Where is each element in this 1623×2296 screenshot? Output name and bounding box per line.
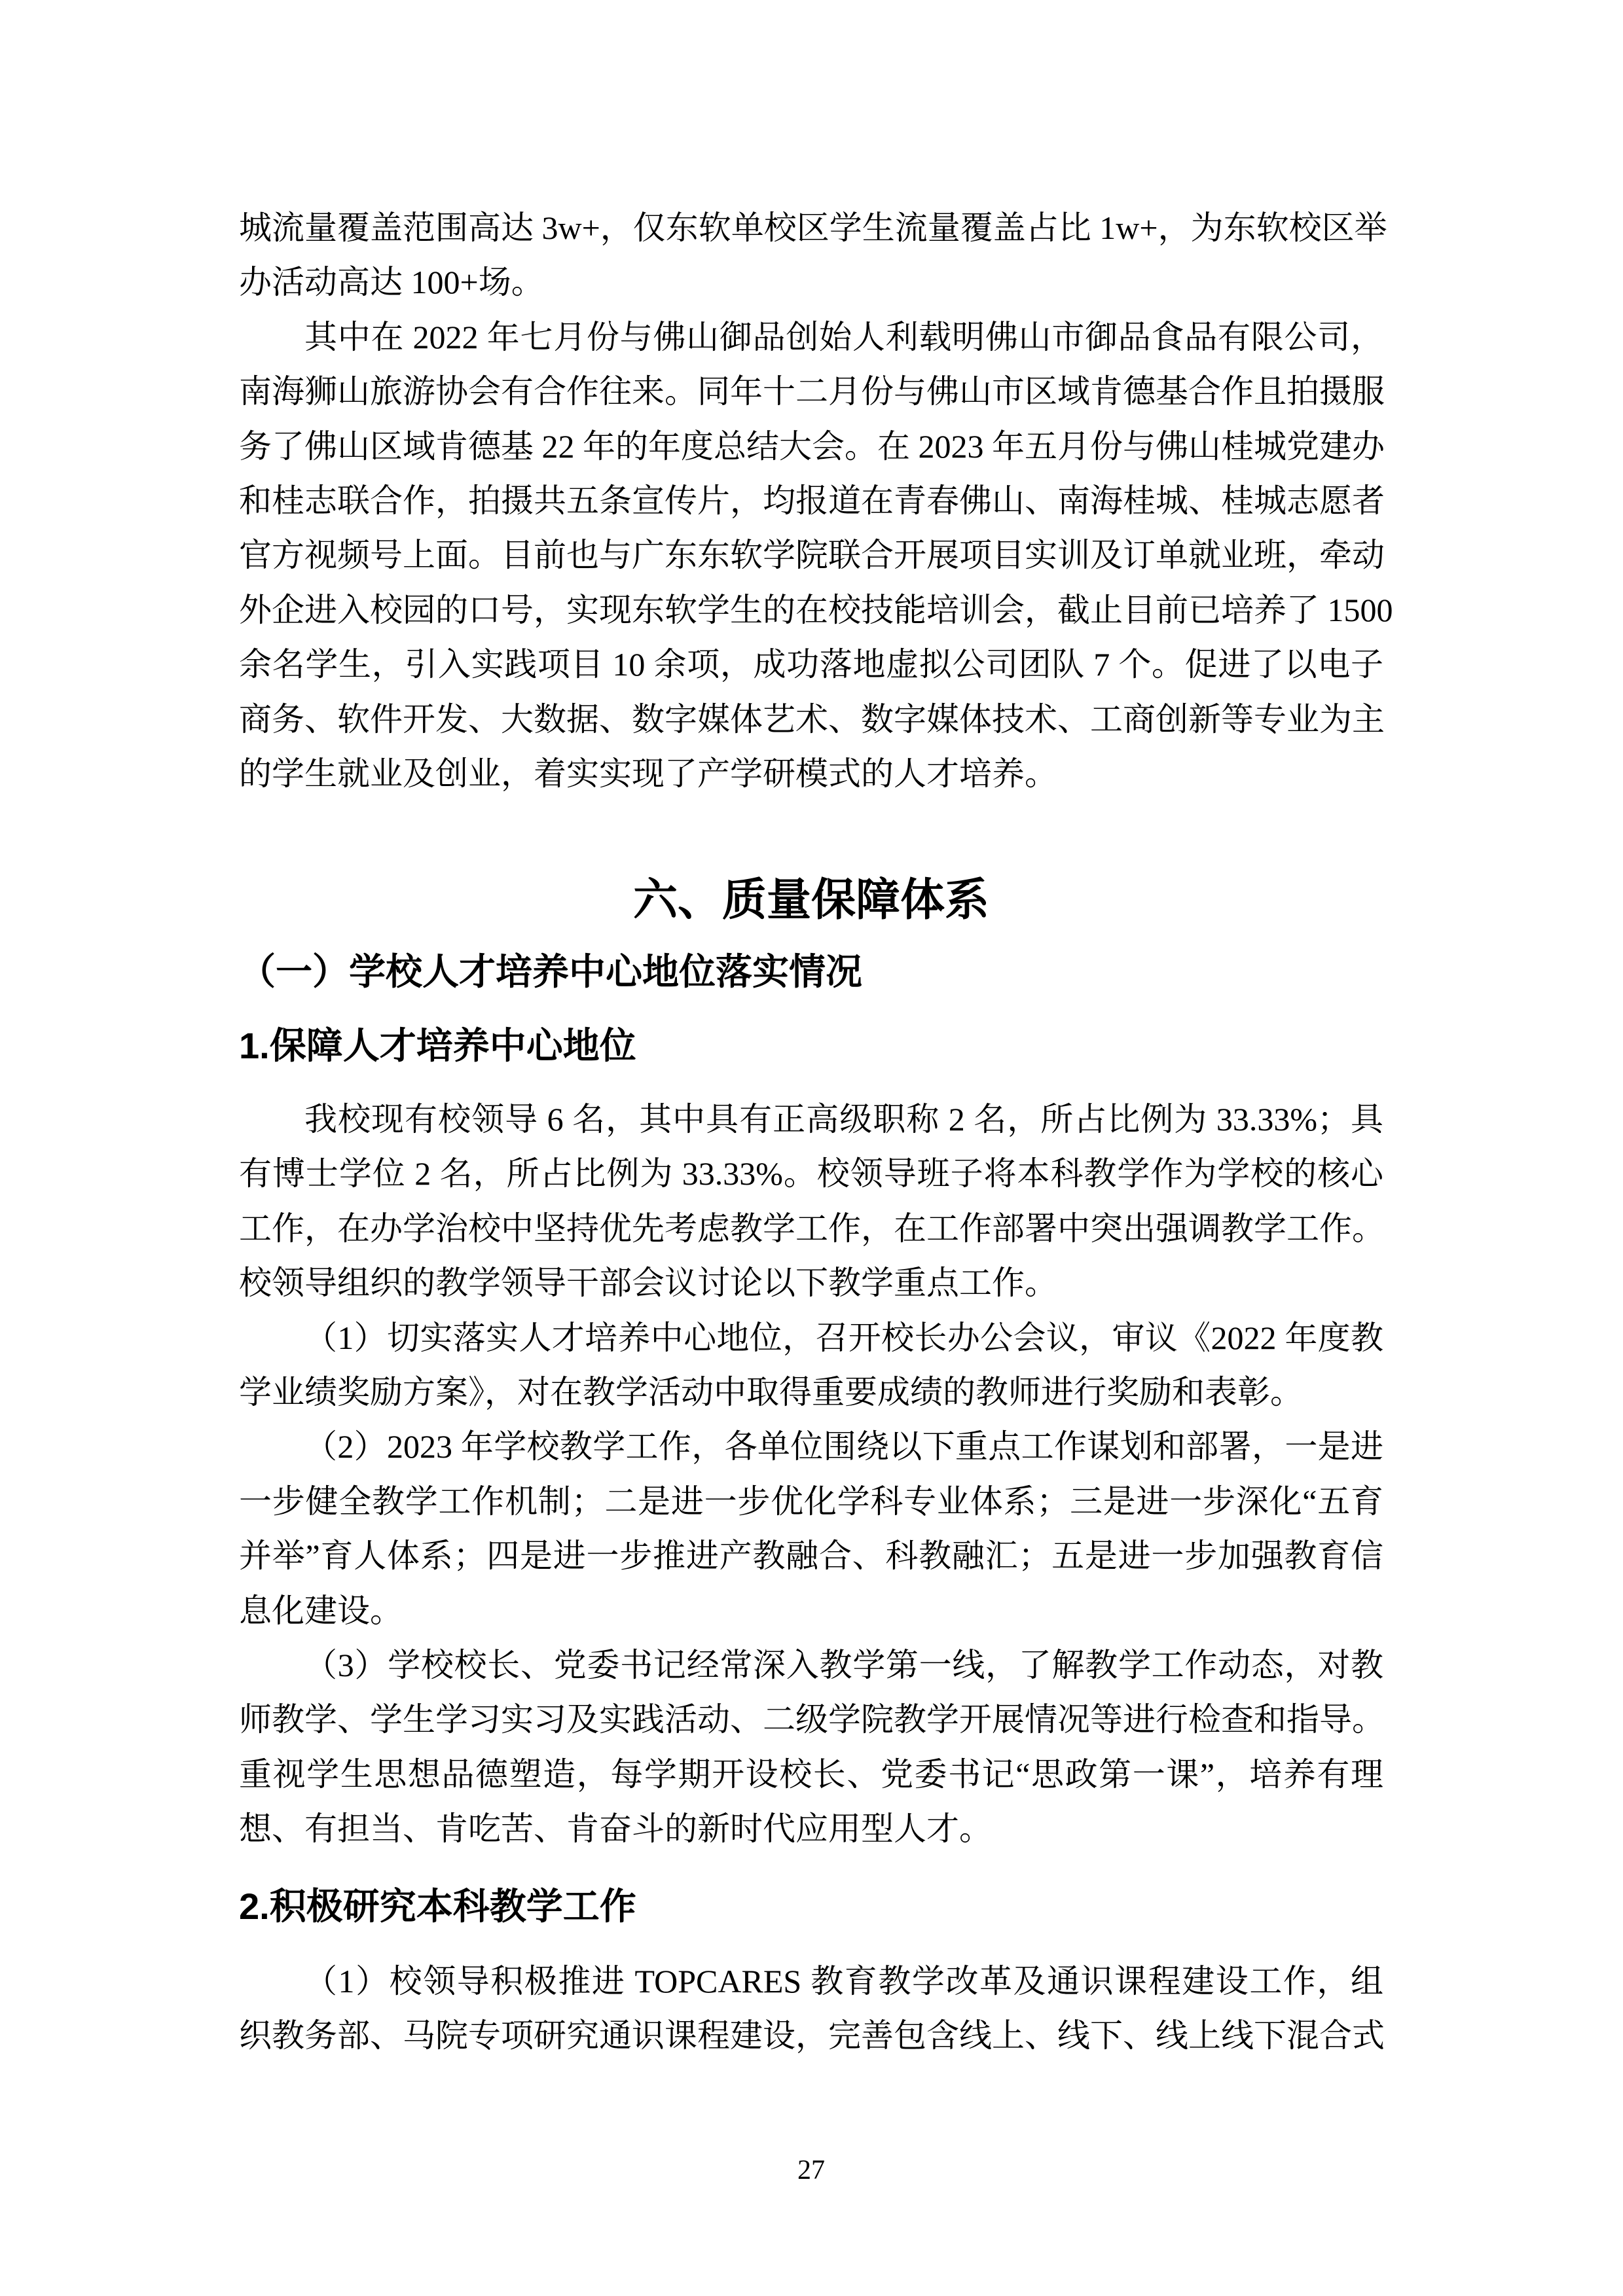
text-line: 息化建设。 [239, 1584, 1383, 1638]
body-flow-middle: 我校现有校领导 6 名，其中具有正高级职称 2 名，所占比例为 33.33%；具… [239, 1092, 1383, 1857]
text-line: 并举”育人体系；四是进一步推进产教融合、科教融汇；五是进一步加强教育信 [239, 1529, 1383, 1583]
text-line: 城流量覆盖范围高达 3w+，仅东软单校区学生流量覆盖占比 1w+，为东软校区举 [239, 201, 1383, 255]
subsection-heading-2: 2.积极研究本科教学工作 [239, 1881, 1383, 1932]
paragraph-point1: （1）切实落实人才培养中心地位，召开校长办公会议，审议《2022 年度教学业绩奖… [239, 1311, 1383, 1420]
page-number: 27 [239, 2152, 1383, 2189]
body-flow-top: 城流量覆盖范围高达 3w+，仅东软单校区学生流量覆盖占比 1w+，为东软校区举办… [239, 201, 1383, 801]
text-line: 办活动高达 100+场。 [239, 255, 1383, 310]
text-line: 学业绩奖励方案》，对在教学活动中取得重要成绩的教师进行奖励和表彰。 [239, 1365, 1383, 1420]
section-heading: （一）学校人才培养中心地位落实情况 [239, 946, 1383, 997]
text-line: 工作，在办学治校中坚持优先考虑教学工作，在工作部署中突出强调教学工作。 [239, 1202, 1383, 1256]
text-line: 织教务部、马院专项研究通识课程建设，完善包含线上、线下、线上线下混合式 [239, 2009, 1383, 2063]
chapter-heading: 六、质量保障体系 [239, 872, 1383, 927]
text-line: 南海狮山旅游协会有合作往来。同年十二月份与佛山市区域肯德基合作且拍摄服 [239, 365, 1383, 419]
text-line: 务了佛山区域肯德基 22 年的年度总结大会。在 2023 年五月份与佛山桂城党建… [239, 420, 1383, 474]
subsection-heading-1: 1.保障人才培养中心地位 [239, 1020, 1383, 1071]
text-line: （1）切实落实人才培养中心地位，召开校长办公会议，审议《2022 年度教 [239, 1311, 1383, 1365]
text-line: 重视学生思想品德塑造，每学期开设校长、党委书记“思政第一课”，培养有理 [239, 1748, 1383, 1802]
paragraph-point2: （2）2023 年学校教学工作，各单位围绕以下重点工作谋划和部署，一是进一步健全… [239, 1420, 1383, 1638]
text-line: 一步健全教学工作机制；二是进一步优化学科专业体系；三是进一步深化“五育 [239, 1475, 1383, 1529]
text-line: 校领导组织的教学领导干部会议讨论以下教学重点工作。 [239, 1256, 1383, 1310]
text-line: 有博士学位 2 名，所占比例为 33.33%。校领导班子将本科教学作为学校的核心 [239, 1147, 1383, 1201]
paragraph-point3: （3）学校校长、党委书记经常深入教学第一线，了解教学工作动态，对教师教学、学生学… [239, 1638, 1383, 1857]
body-flow-bottom: （1）校领导积极推进 TOPCARES 教育教学改革及通识课程建设工作，组织教务… [239, 1954, 1383, 2064]
paragraph-research: （1）校领导积极推进 TOPCARES 教育教学改革及通识课程建设工作，组织教务… [239, 1954, 1383, 2064]
text-line: 其中在 2022 年七月份与佛山御品创始人利载明佛山市御品食品有限公司， [239, 310, 1383, 365]
text-line: 和桂志联合作，拍摄共五条宣传片，均报道在青春佛山、南海桂城、桂城志愿者 [239, 474, 1383, 528]
text-line: 余名学生，引入实践项目 10 余项，成功落地虚拟公司团队 7 个。促进了以电子 [239, 637, 1383, 692]
text-line: 想、有担当、肯吃苦、肯奋斗的新时代应用型人才。 [239, 1802, 1383, 1856]
text-line: 商务、软件开发、大数据、数字媒体艺术、数字媒体技术、工商创新等专业为主 [239, 692, 1383, 747]
paragraph-leaders: 我校现有校领导 6 名，其中具有正高级职称 2 名，所占比例为 33.33%；具… [239, 1092, 1383, 1311]
text-line: 师教学、学生学习实习及实践活动、二级学院教学开展情况等进行检查和指导。 [239, 1693, 1383, 1747]
paragraph-cooperation: 其中在 2022 年七月份与佛山御品创始人利载明佛山市御品食品有限公司，南海狮山… [239, 310, 1383, 802]
text-line: （3）学校校长、党委书记经常深入教学第一线，了解教学工作动态，对教 [239, 1638, 1383, 1693]
text-line: 官方视频号上面。目前也与广东东软学院联合开展项目实训及订单就业班，牵动 [239, 528, 1383, 583]
text-line: 的学生就业及创业，着实实现了产学研模式的人才培养。 [239, 747, 1383, 801]
text-line: （1）校领导积极推进 TOPCARES 教育教学改革及通识课程建设工作，组 [239, 1954, 1383, 2009]
paragraph-intro: 城流量覆盖范围高达 3w+，仅东软单校区学生流量覆盖占比 1w+，为东软校区举办… [239, 201, 1383, 310]
text-line: 外企进入校园的口号，实现东软学生的在校技能培训会，截止目前已培养了 1500 [239, 583, 1383, 637]
text-line: （2）2023 年学校教学工作，各单位围绕以下重点工作谋划和部署，一是进 [239, 1420, 1383, 1474]
document-page: 城流量覆盖范围高达 3w+，仅东软单校区学生流量覆盖占比 1w+，为东软校区举办… [0, 0, 1623, 2296]
text-line: 我校现有校领导 6 名，其中具有正高级职称 2 名，所占比例为 33.33%；具 [239, 1092, 1383, 1147]
